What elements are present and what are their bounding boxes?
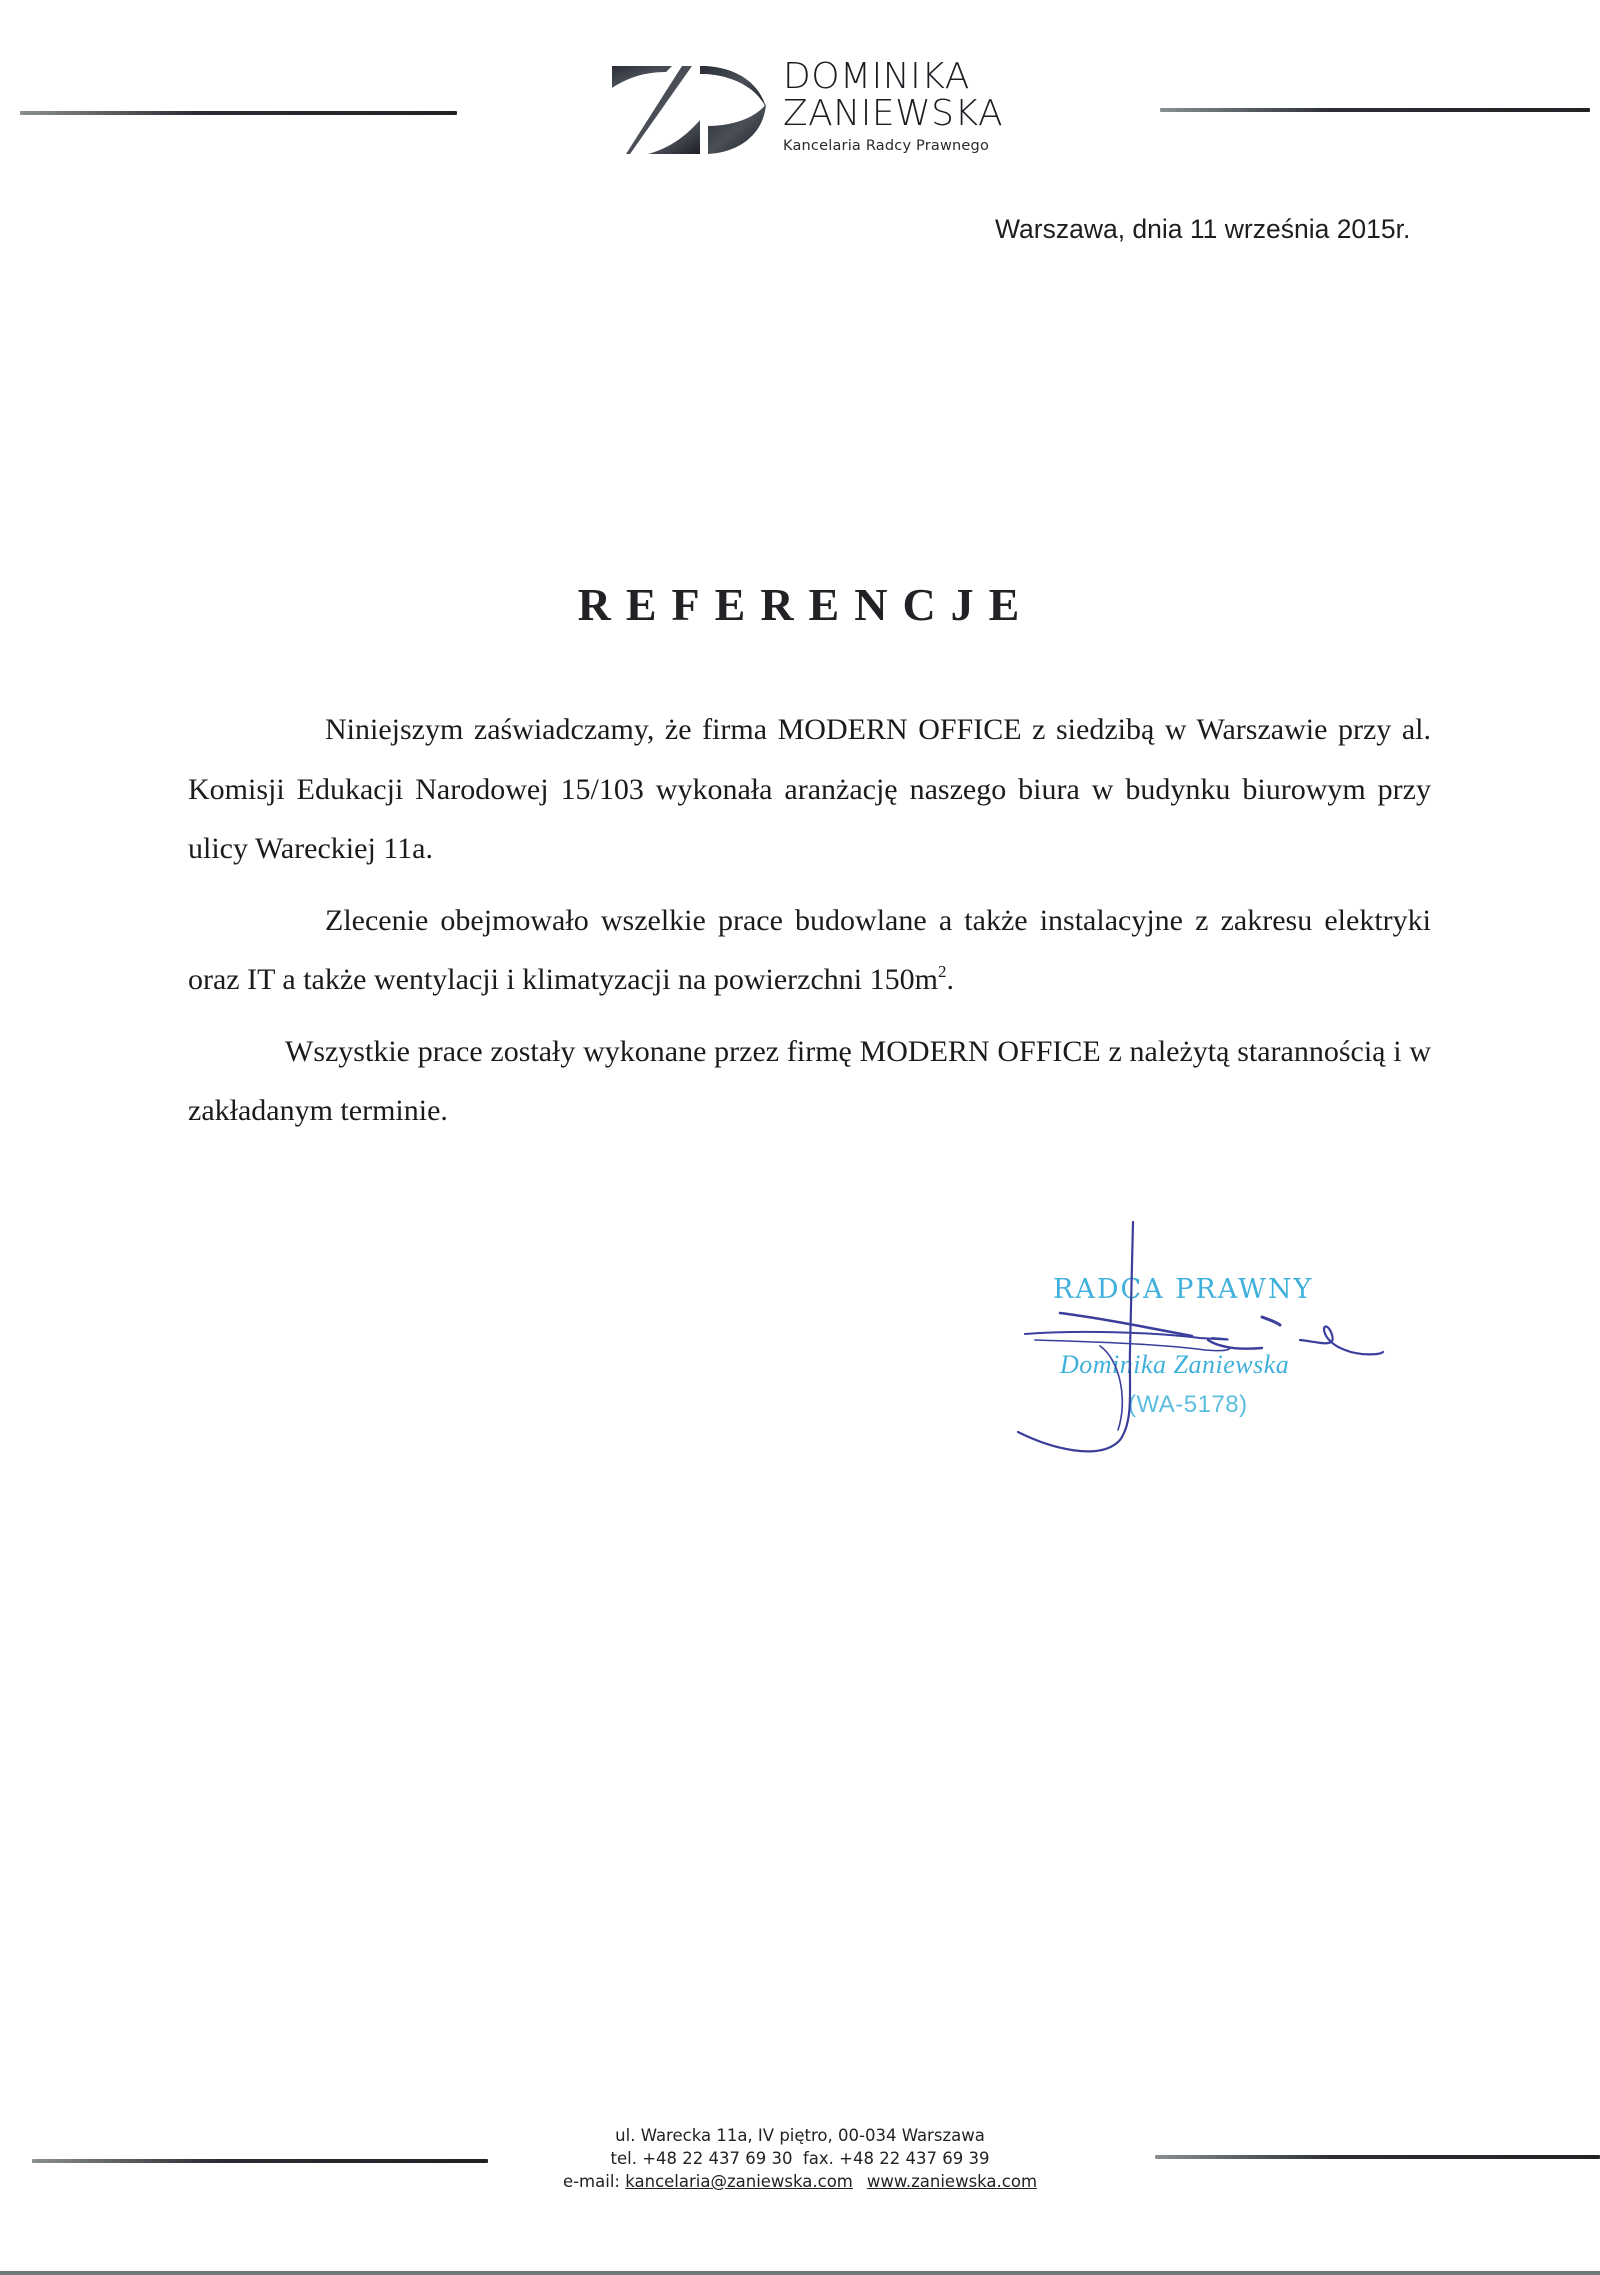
stamp-license: (WA-5178) [1128, 1391, 1248, 1419]
footer-contact: ul. Warecka 11a, IV piętro, 00-034 Warsz… [0, 2124, 1600, 2193]
stamp-title: RADCA PRAWNY [1053, 1274, 1313, 1305]
paragraph-1: Niniejszym zaświadczamy, że firma MODERN… [188, 700, 1431, 879]
paragraph-3: Wszystkie prace zostały wykonane przez f… [188, 1022, 1431, 1141]
brand-block: DOMINIKA ZANIEWSKA Kancelaria Radcy Praw… [783, 58, 1003, 154]
paragraph-2: Zlecenie obejmowało wszelkie prace budow… [188, 891, 1431, 1010]
email-label: e-mail: [563, 2172, 620, 2191]
paragraph-2-text: Zlecenie obejmowało wszelkie prace budow… [188, 904, 1431, 997]
website-link[interactable]: www.zaniewska.com [867, 2172, 1037, 2191]
header-rule-right [1160, 108, 1590, 112]
scan-page-edge [0, 2271, 1600, 2275]
letter-body: Niniejszym zaświadczamy, że firma MODERN… [188, 700, 1431, 1141]
paragraph-2-end: . [946, 963, 954, 996]
footer-phones: tel. +48 22 437 69 30 fax. +48 22 437 69… [0, 2147, 1600, 2170]
stamp-name: Dominika Zaniewska [1060, 1350, 1289, 1380]
footer-address: ul. Warecka 11a, IV piętro, 00-034 Warsz… [0, 2124, 1600, 2147]
zd-monogram-logo-icon [608, 62, 768, 158]
footer-links: e-mail: kancelaria@zaniewska.comwww.zani… [0, 2170, 1600, 2193]
brand-name-last: ZANIEWSKA [783, 95, 1003, 132]
brand-tagline: Kancelaria Radcy Prawnego [783, 138, 1003, 154]
email-link[interactable]: kancelaria@zaniewska.com [625, 2172, 853, 2191]
document-title: REFERENCJE [0, 578, 1600, 631]
header-rule-left [20, 111, 457, 115]
date-line: Warszawa, dnia 11 września 2015r. [995, 214, 1410, 245]
signature-icon [1000, 1200, 1420, 1460]
brand-name-first: DOMINIKA [783, 58, 1003, 95]
